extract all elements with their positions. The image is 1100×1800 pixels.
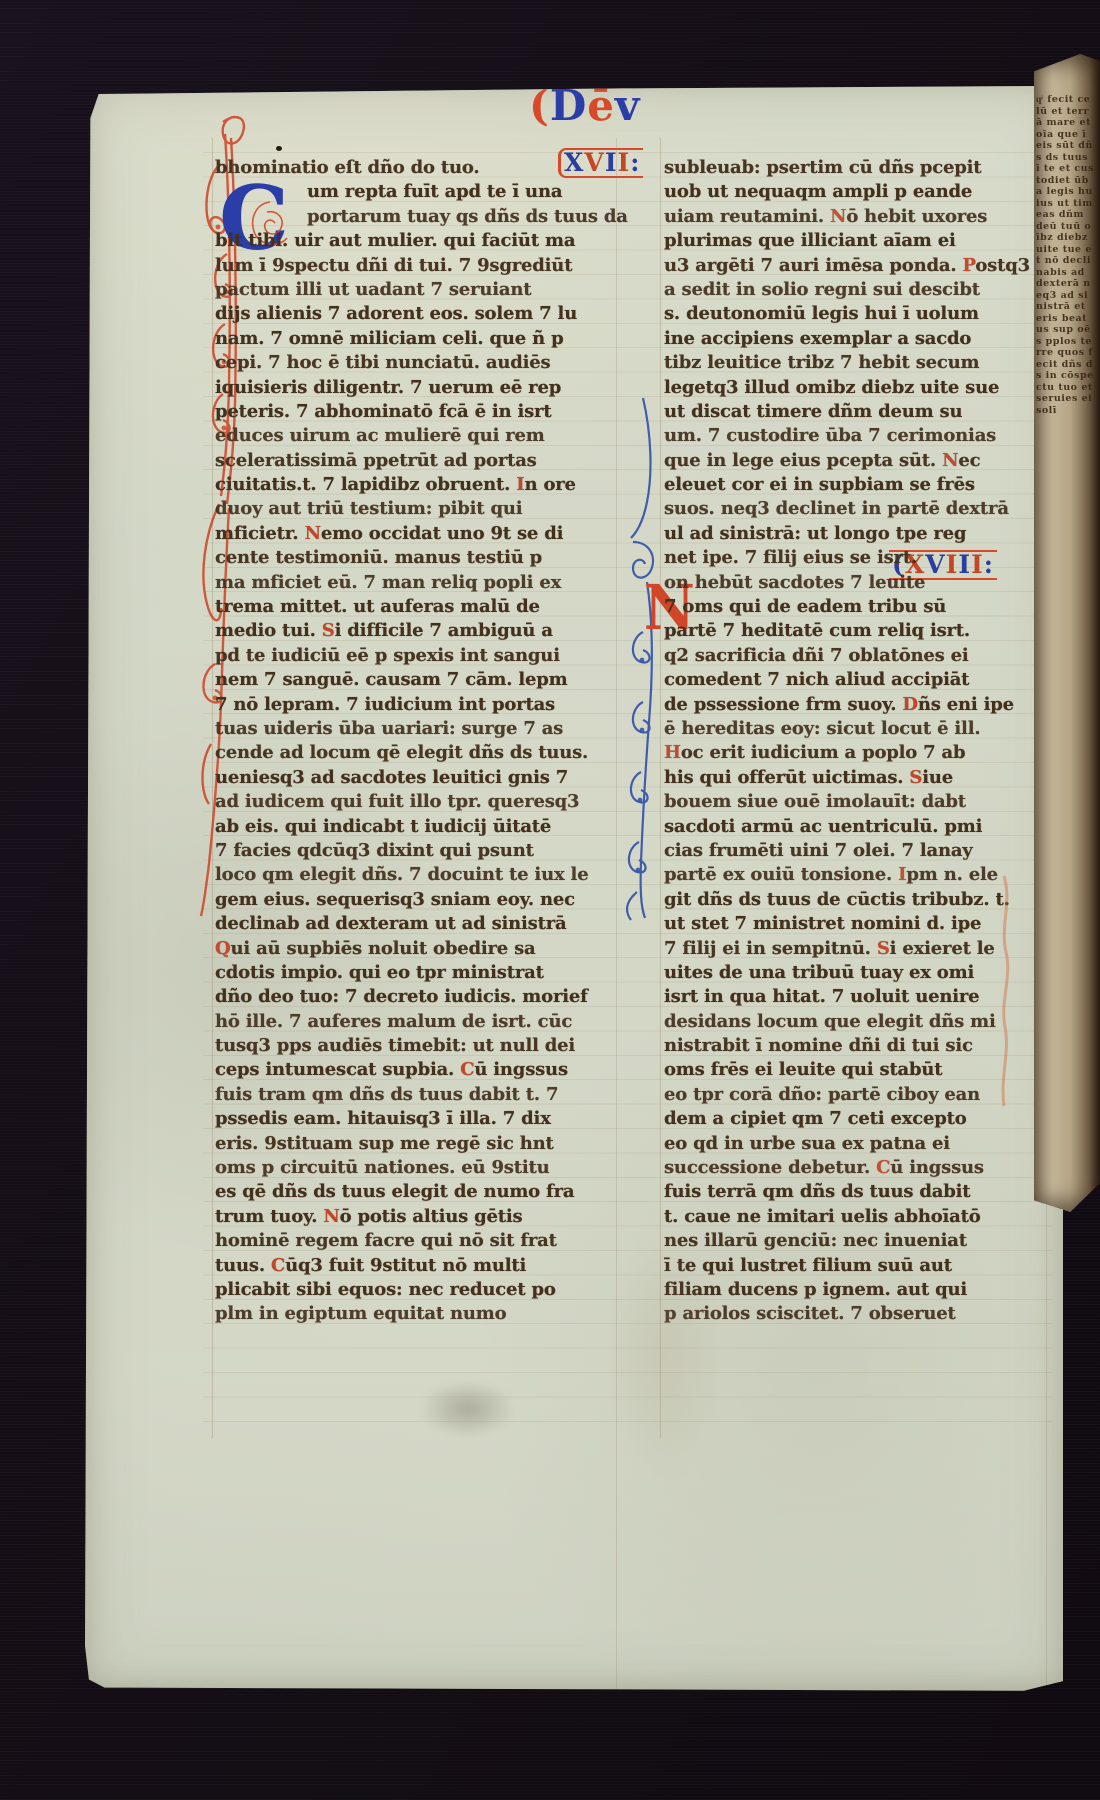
text-line: cente testimoniū. manus testiū p xyxy=(215,546,617,570)
text-line: que in lege eius pcepta sūt. Nec xyxy=(664,449,1066,473)
text-line: duoy aut triū testium: pibit qui xyxy=(215,497,617,521)
text-line: gem eius. sequerisq3 sniam eoy. nec xyxy=(215,888,617,912)
book-fore-edge: qͥ fecit celū et terrā mare et oīa que ī… xyxy=(1034,54,1100,1212)
text-line: plm in egiptum equitat numo xyxy=(215,1302,617,1326)
text-line: ab eis. qui indicabt t iudicij ūitatē xyxy=(215,815,617,839)
parchment-discoloration xyxy=(605,1226,725,1486)
text-line: educes uirum ac mulierē qui rem xyxy=(215,424,617,448)
text-line: declinab ad dexteram ut ad sinistrā xyxy=(215,912,617,936)
text-line: nem 7 sanguē. causam 7 cām. lepm xyxy=(215,668,617,692)
text-line: tusq3 pps audiēs timebit: ut null dei xyxy=(215,1034,617,1058)
text-line: 7 nō lepram. 7 iudicium int portas xyxy=(215,693,617,717)
ink-speck xyxy=(276,146,282,151)
text-line: cende ad locum qē elegit dñs ds tuus. xyxy=(215,741,617,765)
text-line: pssedis eam. hitauisq3 ī illa. 7 dix xyxy=(215,1107,617,1131)
colored-letter: v xyxy=(615,81,640,130)
text-line: eris. 9stituam sup me regē sic hnt xyxy=(215,1132,617,1156)
colored-letter: : xyxy=(630,148,640,177)
text-line: cepi. 7 hoc ē tibi nunciatū. audiēs xyxy=(215,351,617,375)
text-line: iquisieris diligentr. 7 uerum eē rep xyxy=(215,376,617,400)
text-line: ine accipiens exemplar a sacdo xyxy=(664,327,1066,351)
text-line: dño deo tuo: 7 decreto iudicis. morief xyxy=(215,985,617,1009)
text-line: tibz leuitice tribz 7 hebit secum xyxy=(664,351,1066,375)
text-line: uiam reutamini. Nō hebit uxores xyxy=(664,205,1066,229)
colored-letter: D xyxy=(550,81,587,130)
text-line: mficietr. Nemo occidat uno 9t se di xyxy=(215,522,617,546)
left-text-column: bhominatio eſt dño do tuo.um repta fuīt … xyxy=(215,156,617,1327)
text-line: tuas uideris ūba uariari: surge 7 as xyxy=(215,717,617,741)
text-line: s. deutonomiū legis hui ī uolum xyxy=(664,302,1066,326)
text-line: uob ut nequaqm ampli p eande xyxy=(664,180,1066,204)
text-line: plicabit sibi equos: nec reducet po xyxy=(215,1278,617,1302)
running-title-deu: (Dēv xyxy=(529,86,640,126)
text-line: cdotis impio. qui eo tpr ministrat xyxy=(215,961,617,985)
text-line: on hebūt sacdotes 7 leuite xyxy=(664,571,1066,595)
text-line: trema mittet. ut auferas malū de xyxy=(215,595,617,619)
text-line: ueniesq3 ad sacdotes leuitici gnis 7 xyxy=(215,766,617,790)
gutter-filigree-blue xyxy=(613,392,669,922)
text-line: hominē regem facre qui nō sit frat xyxy=(215,1229,617,1253)
text-line: peteris. 7 abhominatō fcā ē in isrt xyxy=(215,400,617,424)
text-line: 7 oms qui de eadem tribu sū xyxy=(664,595,1066,619)
text-line: pactum illi ut uadant 7 seruiant xyxy=(215,278,617,302)
text-line: ad iudicem qui fuit illo tpr. queresq3 xyxy=(215,790,617,814)
text-line: fuis tram qm dñs ds tuus dabit t. 7 xyxy=(215,1083,617,1107)
text-line: pd te iudiciū eē p spexis int sangui xyxy=(215,644,617,668)
text-line: um. 7 custodire ūba 7 cerimonias xyxy=(664,424,1066,448)
text-line: um repta fuīt apd te ī una xyxy=(215,180,617,204)
text-line: Qui aū supbiēs noluit obedire sa xyxy=(215,937,617,961)
text-line: u3 argēti 7 auri imēsa ponda. Postq3 xyxy=(664,254,1066,278)
text-line: successione debetur. Cū ingssus xyxy=(664,1156,1066,1180)
fore-edge-showthrough-text: qͥ fecit celū et terrā mare et oīa que ī… xyxy=(1036,94,1094,416)
text-line: net ipe. 7 filij eius se isrt. xyxy=(664,546,1066,570)
colored-letter: ē xyxy=(587,81,615,130)
text-line: tuus. Cūq3 fuit 9stitut nō multi xyxy=(215,1254,617,1278)
text-line: subleuab: psertim cū dñs pcepit xyxy=(664,156,1066,180)
text-line: fuis terrā qm dñs ds tuus dabit xyxy=(664,1180,1066,1204)
text-line: trum tuoy. Nō potis altius gētis xyxy=(215,1205,617,1229)
text-line: ceps intumescat supbia. Cū ingssus xyxy=(215,1058,617,1082)
photograph-backdrop: (Dēv C xyxy=(0,0,1100,1800)
text-line: comedent 7 nich aliud accipiāt xyxy=(664,668,1066,692)
text-line: ē hereditas eoy: sicut locut ē ill. xyxy=(664,717,1066,741)
text-line: a sedit in solio regni sui descibt xyxy=(664,278,1066,302)
parchment-stain xyxy=(420,1380,515,1438)
text-line: cias frumēti uini 7 olei. 7 lanay xyxy=(664,839,1066,863)
text-line: medio tui. Si difficile 7 ambiguū a xyxy=(215,619,617,643)
text-line: partē 7 heditatē cum reliq isrt. xyxy=(664,619,1066,643)
text-line: bit tibi. uir aut mulier. qui faciūt ma xyxy=(215,229,617,253)
text-line: bhominatio eſt dño do tuo. xyxy=(215,156,617,180)
text-line: oms p circuitū nationes. eū 9stitu xyxy=(215,1156,617,1180)
text-line: ciuitatis.t. 7 lapidibz obruent. In ore xyxy=(215,473,617,497)
text-line: Hoc erit iudicium a poplo 7 ab xyxy=(664,741,1066,765)
text-line: portarum tuay qs dñs ds tuus da xyxy=(215,205,617,229)
text-line: his qui offerūt uictimas. Siue xyxy=(664,766,1066,790)
text-line: bouem siue ouē imolauīt: dabt xyxy=(664,790,1066,814)
text-line: loco qm elegit dñs. 7 docuint te iux le xyxy=(215,863,617,887)
text-line: sceleratissimā ppetrūt ad portas xyxy=(215,449,617,473)
colored-letter: ( xyxy=(529,81,550,130)
margin-squiggle-red xyxy=(990,872,1020,1112)
right-text-column: subleuab: psertim cū dñs pcepituob ut ne… xyxy=(664,156,1066,1327)
text-line: es qē dñs ds tuus elegit de numo fra xyxy=(215,1180,617,1204)
text-line: ut discat timere dñm deum su xyxy=(664,400,1066,424)
text-line: plurimas que illiciant aīam ei xyxy=(664,229,1066,253)
text-line: dijs alienis 7 adorent eos. solem 7 lu xyxy=(215,302,617,326)
text-line: suos. neq3 declinet in partē dextrā xyxy=(664,497,1066,521)
text-line: q2 sacrificia dñi 7 oblatōnes ei xyxy=(664,644,1066,668)
manuscript-page: (Dēv C xyxy=(85,86,1063,1694)
text-line: ul ad sinistrā: ut longo tpe reg xyxy=(664,522,1066,546)
text-line: lum ī 9spectu dñi di tui. 7 9sgrediūt xyxy=(215,254,617,278)
text-line: nam. 7 omnē miliciam celi. que ñ p xyxy=(215,327,617,351)
text-line: sacdoti armū ac uentriculū. pmi xyxy=(664,815,1066,839)
text-line: eleuet cor ei in supbiam se frēs xyxy=(664,473,1066,497)
text-line: eo qd in urbe sua ex patna ei xyxy=(664,1132,1066,1156)
text-line: ma mficiet eū. 7 man reliq popli ex xyxy=(215,571,617,595)
text-line: de pssessione frm suoy. Dñs eni ipe xyxy=(664,693,1066,717)
text-line: legetq3 illud omibz diebz uite sue xyxy=(664,376,1066,400)
text-line: 7 facies qdcūq3 dixint qui psunt xyxy=(215,839,617,863)
text-line: hō ille. 7 auferes malum de isrt. cūc xyxy=(215,1010,617,1034)
colored-letter: I xyxy=(618,148,631,177)
